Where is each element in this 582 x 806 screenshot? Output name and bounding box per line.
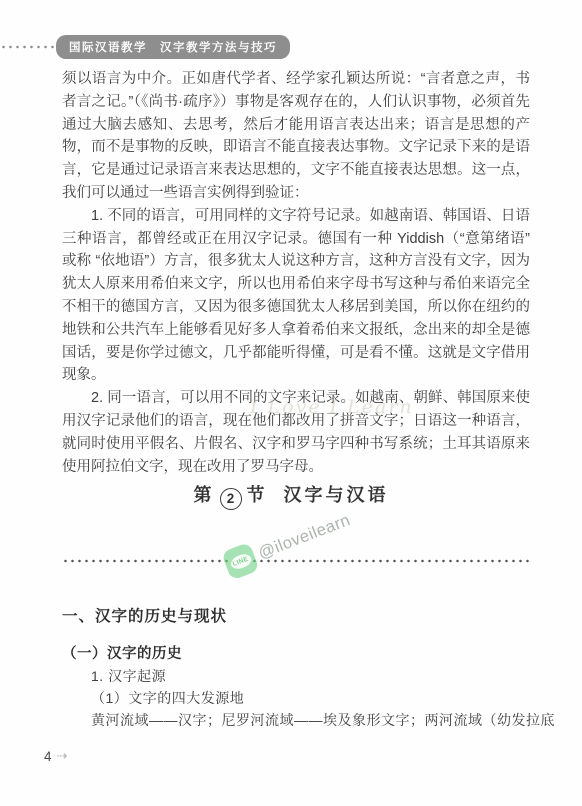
watermark-handle: @iloveilearn — [256, 510, 353, 563]
outline-item: （1）文字的四大发源地 — [91, 688, 244, 708]
page-header: 国际汉语教学 汉字教学方法与技巧 — [0, 35, 290, 59]
line-watermark: LINE @iloveilearn — [221, 505, 355, 580]
heading-history: （一）汉字的历史 — [62, 642, 182, 663]
page-number: 4 — [44, 749, 52, 764]
dashed-arrow-icon: ⇢ — [57, 748, 67, 764]
body-text: 须以语言为中介。正如唐代学者、经学家孔颖达所说：“言者意之声，书者言之记。”（《… — [62, 68, 530, 478]
section-suffix: 节 — [247, 485, 268, 505]
heading-history-status: 一、汉字的历史与现状 — [62, 604, 227, 626]
outline-item: 黄河流域——汉字；尼罗河流域——埃及象形文字；两河流域（幼发拉底 — [91, 710, 555, 730]
chapter-badge: 国际汉语教学 汉字教学方法与技巧 — [56, 35, 290, 59]
paragraph: 2. 同一语言，可以用不同的文字来记录。如越南、朝鲜、韩国原来使用汉字记录他们的… — [62, 387, 530, 478]
dotted-line — [0, 45, 56, 49]
section-title: 第2节汉字与汉语 — [0, 481, 582, 510]
outline-item: 1. 汉字起源 — [91, 666, 166, 686]
paragraph: 须以语言为中介。正如唐代学者、经学家孔颖达所说：“言者意之声，书者言之记。”（《… — [62, 68, 530, 205]
section-title-text: 汉字与汉语 — [284, 485, 389, 505]
circled-number: 2 — [220, 488, 242, 510]
book-page: 国际汉语教学 汉字教学方法与技巧 须以语言为中介。正如唐代学者、经学家孔颖达所说… — [0, 0, 582, 806]
section-prefix: 第 — [194, 485, 215, 505]
page-footer: 4 ⇢ — [44, 748, 66, 764]
dotted-separator — [62, 559, 530, 563]
paragraph: 1. 不同的语言，可用同样的文字符号记录。如越南语、韩国语、日语三种语言，都曾经… — [62, 205, 530, 387]
